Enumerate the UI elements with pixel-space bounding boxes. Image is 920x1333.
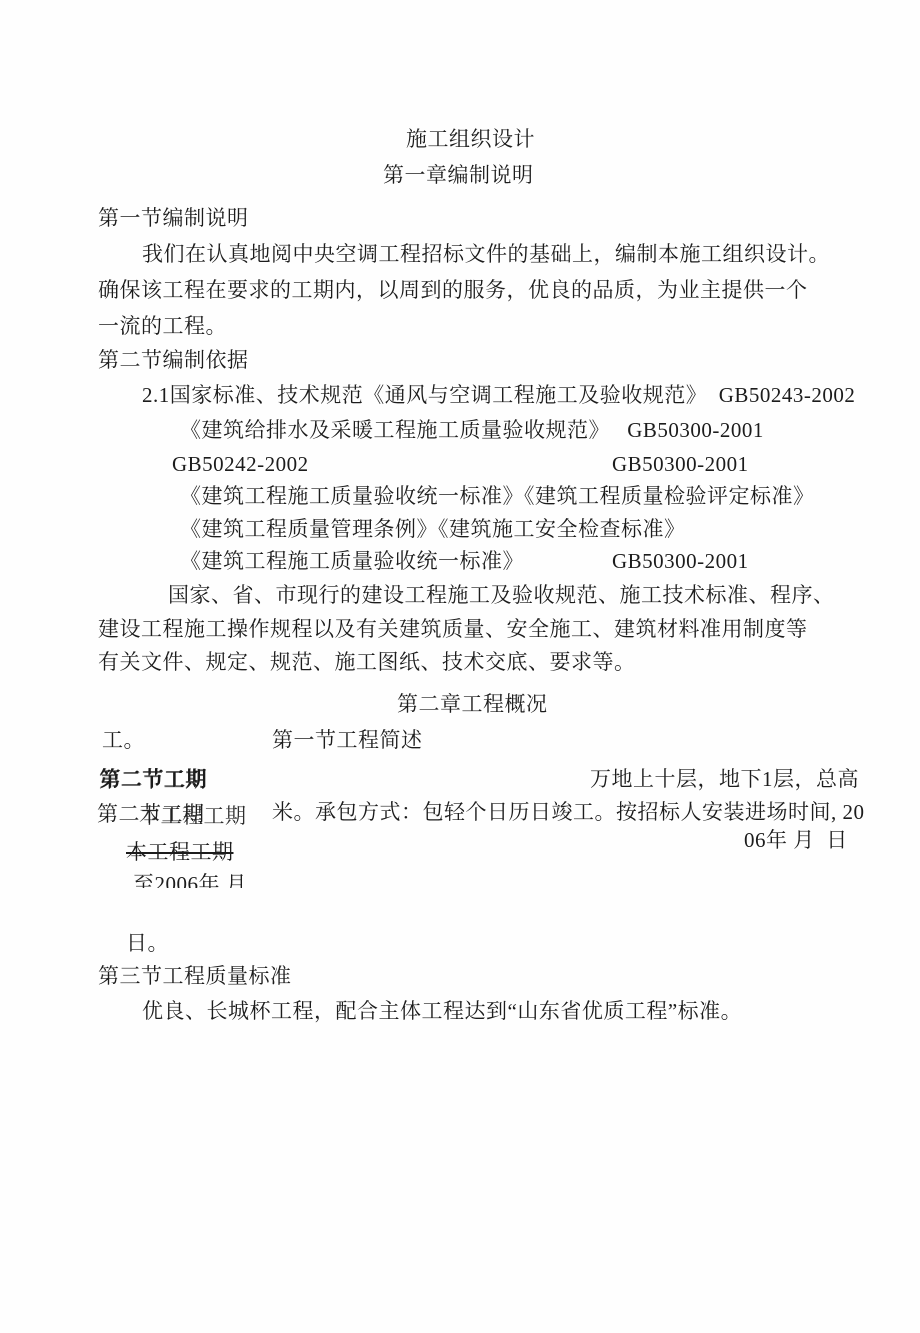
section-1-2-heading: 第二节编制依据: [98, 347, 249, 373]
ref-para-line-2: 建设工程施工操作规程以及有关建筑质量、安全施工、建筑材料准用制度等: [98, 616, 808, 642]
ref-line-4: 《建筑工程施工质量验收统一标准》《建筑工程质量检验评定标准》: [180, 483, 815, 509]
section-2-2-heading: 第二节工期: [99, 766, 207, 792]
ref-line-1: 2.1国家标准、技术规范《通风与空调工程施工及验收规范》 GB50243-200…: [142, 382, 855, 408]
stray-text-gong: 工。: [102, 727, 145, 753]
overlap-ghost-line: 本工程工期: [139, 803, 247, 829]
para-intro-line-2: 确保该工程在要求的工期内，以周到的服务，优良的品质，为业主提供一个: [98, 277, 808, 303]
ref-line-2: 《建筑给排水及采暖工程施工质量验收规范》 GB50300-2001: [180, 417, 764, 443]
duration-clipped-line: 至2006年 月: [133, 871, 247, 888]
chapter-1-heading: 第一章编制说明: [383, 162, 534, 188]
ref-line-5: 《建筑工程质量管理条例》《建筑施工安全检查标准》: [180, 516, 686, 542]
overview-line-2: 米。承包方式：包轻个日历日竣工。按招标人安装进场时间, 20: [272, 799, 865, 825]
duration-strike-line: 本工程工期: [126, 839, 234, 865]
stray-text-ri: 日。: [126, 930, 169, 956]
ref-para-line-1: 国家、省、市现行的建设工程施工及验收规范、施工技术标准、程序、: [168, 582, 835, 608]
overview-line-1: 万地上十层，地下1层，总高: [590, 766, 859, 792]
doc-title: 施工组织设计: [406, 126, 535, 152]
chapter-2-heading: 第二章工程概况: [397, 691, 548, 717]
quality-standard-line: 优良、长城杯工程，配合主体工程达到“山东省优质工程”标准。: [142, 998, 742, 1024]
para-intro-line-1: 我们在认真地阅中央空调工程招标文件的基础上，编制本施工组织设计。: [142, 241, 830, 267]
para-intro-line-3: 一流的工程。: [98, 313, 227, 339]
ref-line-6-right: GB50300-2001: [612, 548, 749, 574]
overview-line-3: 06年 月 日: [744, 827, 848, 853]
ref-para-line-3: 有关文件、规定、规范、施工图纸、技术交底、要求等。: [98, 649, 636, 675]
section-2-3-heading: 第三节工程质量标准: [98, 963, 292, 989]
ref-line-3-left: GB50242-2002: [172, 451, 309, 477]
section-2-1-heading: 第一节工程简述: [272, 727, 423, 753]
ref-line-3-right: GB50300-2001: [612, 451, 749, 477]
document-page: 施工组织设计第一章编制说明第一节编制说明我们在认真地阅中央空调工程招标文件的基础…: [0, 0, 920, 1333]
section-1-1-heading: 第一节编制说明: [98, 205, 249, 231]
ref-line-6-left: 《建筑工程施工质量验收统一标准》: [180, 548, 524, 574]
